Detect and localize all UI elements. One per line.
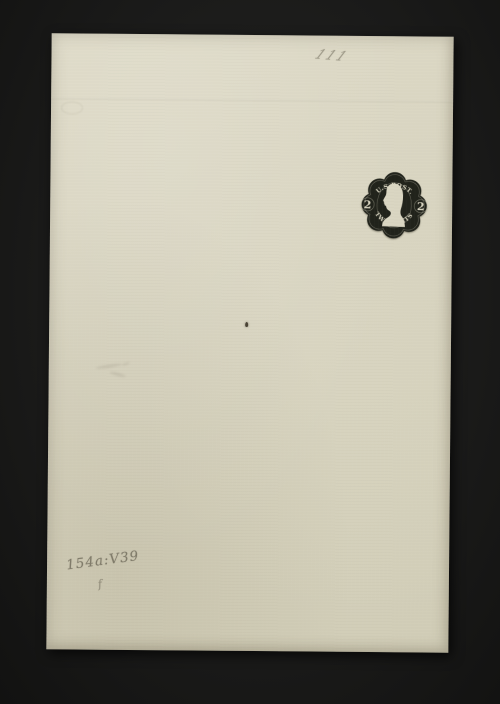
paper-speck: [245, 322, 248, 327]
pencil-note-catalog: 154a:V39: [65, 548, 140, 573]
pencil-note-top-right: 111: [312, 47, 352, 64]
envelope-wrapper: 111 2 2 U.S.POST. TWO C: [46, 33, 453, 652]
stamp-left-numeral: 2: [363, 198, 371, 211]
faint-smudge: [61, 101, 83, 114]
photo-background: 111 2 2 U.S.POST. TWO C: [0, 0, 500, 704]
paper-crease: [51, 97, 453, 103]
embossed-stamp: 2 2 U.S.POST. TWO CENTS: [352, 163, 437, 248]
pencil-note-catalog-sub: f: [97, 577, 103, 590]
stamp-right-numeral: 2: [417, 200, 425, 213]
pencil-smudge: [92, 357, 138, 385]
